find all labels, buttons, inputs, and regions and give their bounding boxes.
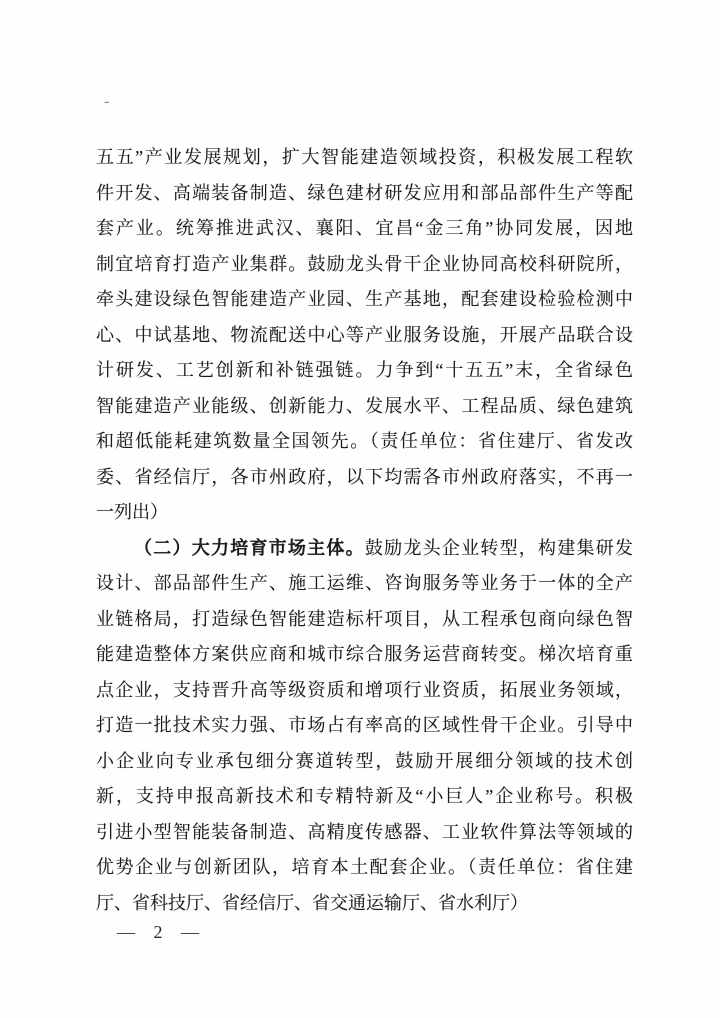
text-line: 一列出）	[96, 495, 633, 531]
text-line: 优势企业与创新团队，培育本土配套企业。（责任单位：省住建	[96, 850, 633, 886]
text-line: （二）大力培育市场主体。鼓励龙头企业转型，构建集研发	[96, 531, 633, 567]
body-text: 小企业向专业承包细分赛道转型，鼓励开展细分领域的技术创	[96, 751, 633, 771]
text-line: 套产业。统筹推进武汉、襄阳、宜昌“金三角”协同发展，因地	[96, 211, 633, 247]
body-text: 点企业，支持晋升高等级资质和增项行业资质，拓展业务领域，	[96, 680, 633, 700]
body-text: 引进小型智能装备制造、高精度传感器、工业软件算法等领域的	[96, 822, 633, 842]
body-text: 计研发、工艺创新和补链强链。力争到“十五五”末，全省绿色	[96, 360, 633, 380]
body-text: 五五”产业发展规划，扩大智能建造领域投资，积极发展工程软	[96, 147, 633, 167]
body-text: 一列出）	[96, 502, 168, 522]
body-text: 牵头建设绿色智能建造产业园、生产基地，配套建设检验检测中	[96, 289, 633, 309]
body-text: 能建造整体方案供应商和城市综合服务运营商转变。梯次培育重	[96, 644, 633, 664]
text-line: 能建造整体方案供应商和城市综合服务运营商转变。梯次培育重	[96, 637, 633, 673]
body-text: 制宜培育打造产业集群。鼓励龙头骨干企业协同高校科研院所，	[96, 254, 633, 274]
text-line: 引进小型智能装备制造、高精度传感器、工业软件算法等领域的	[96, 815, 633, 851]
body-text: 鼓励龙头企业转型，构建集研发	[365, 538, 633, 558]
body-text: 心、中试基地、物流配送中心等产业服务设施，开展产品联合设	[96, 325, 633, 345]
document-body: 五五”产业发展规划，扩大智能建造领域投资，积极发展工程软件开发、高端装备制造、绿…	[96, 140, 633, 921]
body-text: 优势企业与创新团队，培育本土配套企业。（责任单位：省住建	[96, 857, 633, 877]
text-line: 小企业向专业承包细分赛道转型，鼓励开展细分领域的技术创	[96, 744, 633, 780]
text-line: 五五”产业发展规划，扩大智能建造领域投资，积极发展工程软	[96, 140, 633, 176]
body-text: 套产业。统筹推进武汉、襄阳、宜昌“金三角”协同发展，因地	[96, 218, 633, 238]
text-line: 和超低能耗建筑数量全国领先。（责任单位：省住建厅、省发改	[96, 424, 633, 460]
text-line: 计研发、工艺创新和补链强链。力争到“十五五”末，全省绿色	[96, 353, 633, 389]
text-line: 厅、省科技厅、省经信厅、省交通运输厅、省水利厅）	[96, 886, 633, 922]
body-text: 业链格局，打造绿色智能建造标杆项目，从工程承包商向绿色智	[96, 609, 633, 629]
text-line: 点企业，支持晋升高等级资质和增项行业资质，拓展业务领域，	[96, 673, 633, 709]
text-line: 委、省经信厅，各市州政府，以下均需各市州政府落实，不再一	[96, 460, 633, 496]
body-text: 新，支持申报高新技术和专精特新及“小巨人”企业称号。积极	[96, 786, 633, 806]
page-number: — 2 —	[117, 922, 206, 943]
text-line: 制宜培育打造产业集群。鼓励龙头骨干企业协同高校科研院所，	[96, 247, 633, 283]
text-line: 智能建造产业能级、创新能力、发展水平、工程品质、绿色建筑	[96, 389, 633, 425]
text-line: 牵头建设绿色智能建造产业园、生产基地，配套建设检验检测中	[96, 282, 633, 318]
text-line: 心、中试基地、物流配送中心等产业服务设施，开展产品联合设	[96, 318, 633, 354]
body-text: 打造一批技术实力强、市场占有率高的区域性骨干企业。引导中	[96, 715, 633, 735]
text-line: 业链格局，打造绿色智能建造标杆项目，从工程承包商向绿色智	[96, 602, 633, 638]
text-line: 件开发、高端装备制造、绿色建材研发应用和部品部件生产等配	[96, 176, 633, 212]
section-heading-text: （二）大力培育市场主体。	[134, 538, 365, 558]
body-text: 厅、省科技厅、省经信厅、省交通运输厅、省水利厅）	[96, 893, 528, 913]
text-line: 打造一批技术实力强、市场占有率高的区域性骨干企业。引导中	[96, 708, 633, 744]
body-text: 件开发、高端装备制造、绿色建材研发应用和部品部件生产等配	[96, 183, 633, 203]
text-line: 设计、部品部件生产、施工运维、咨询服务等业务于一体的全产	[96, 566, 633, 602]
scanned-document-page: - 五五”产业发展规划，扩大智能建造领域投资，积极发展工程软件开发、高端装备制造…	[0, 0, 720, 1018]
body-text: 和超低能耗建筑数量全国领先。（责任单位：省住建厅、省发改	[96, 431, 633, 451]
body-text: 智能建造产业能级、创新能力、发展水平、工程品质、绿色建筑	[96, 396, 633, 416]
body-text: 委、省经信厅，各市州政府，以下均需各市州政府落实，不再一	[96, 467, 633, 487]
scan-artifact-mark: -	[104, 94, 109, 110]
body-text: 设计、部品部件生产、施工运维、咨询服务等业务于一体的全产	[96, 573, 633, 593]
text-line: 新，支持申报高新技术和专精特新及“小巨人”企业称号。积极	[96, 779, 633, 815]
